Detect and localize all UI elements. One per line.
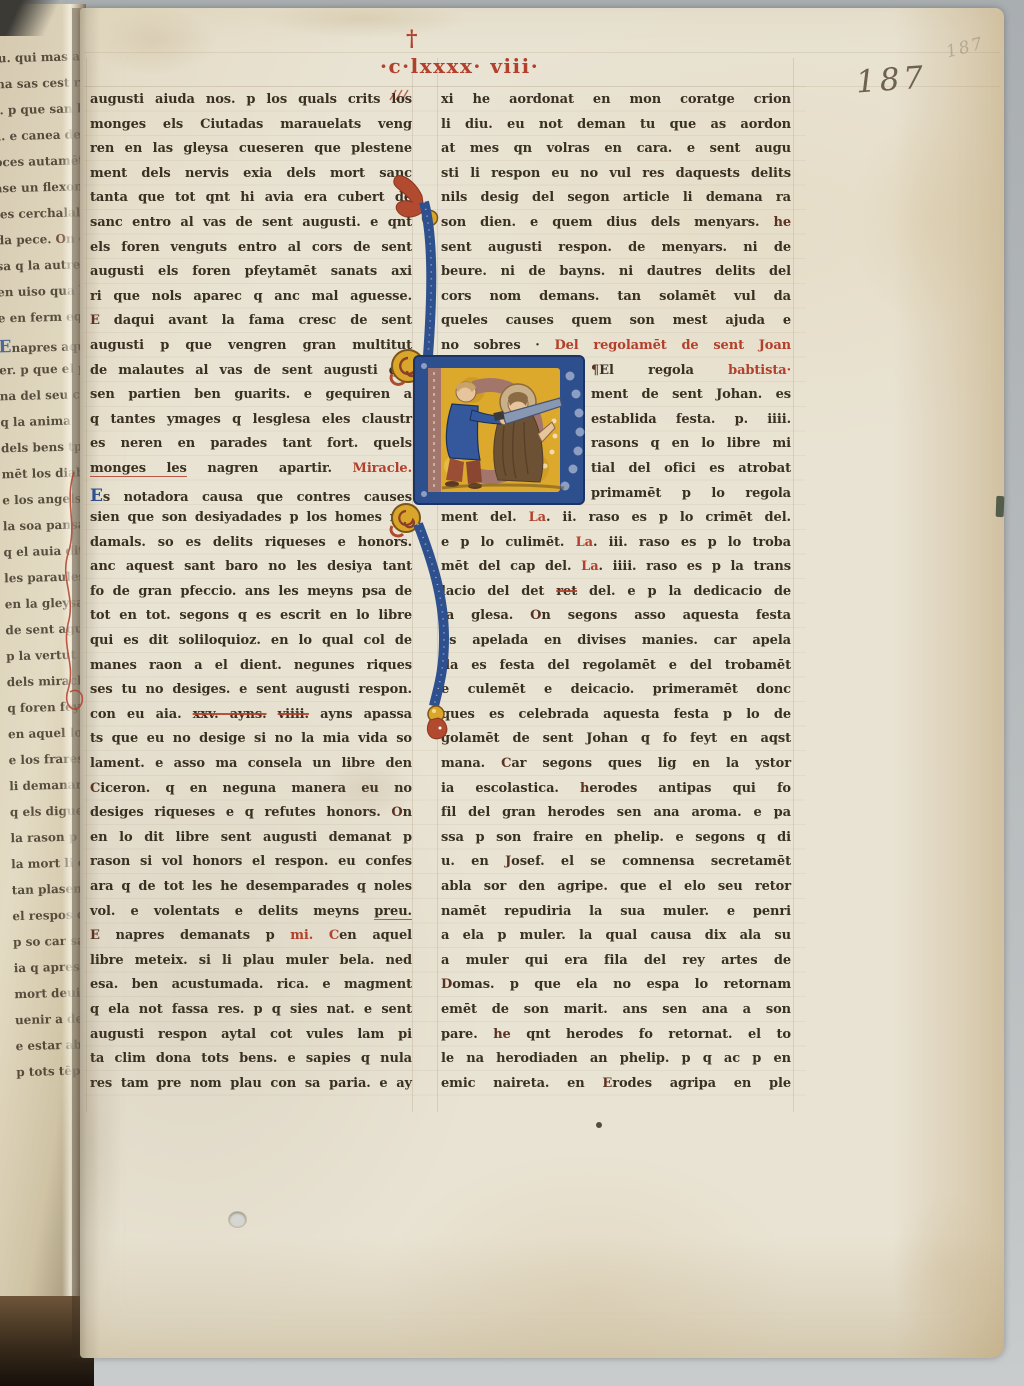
text-line: xi he aordonat en mon coratge crion [441,92,791,117]
text-line: emic naireta. en Erodes agripa en ple [441,1076,791,1101]
red-pen-flourish [58,468,92,728]
text-line: ta clim dona tots bens. e sapies q nula [90,1051,412,1076]
text-line: Es notadora causa que contres causes [90,486,412,511]
text-line: ¶El regola babtista· [591,363,791,388]
text-line: Domas. p que ela no espa lo retornam [441,977,791,1002]
text-line: augusti respon aytal cot vules lam pi [90,1027,412,1052]
text-line: le na herodiaden an phelip. p q ac p en [441,1051,791,1076]
text-line: li diu. eu not deman tu que as aordon [441,117,791,142]
folio-number: 187 [855,60,929,101]
ruling-horizontal [84,52,1000,53]
text-line: anc aquest sant baro no les desiya tant [90,559,412,584]
text-line: a muler qui era fila del rey artes de [441,953,791,978]
text-line: qui es dit soliloquioz. en lo qual col d… [90,633,412,658]
ruling-vertical [793,58,794,1112]
text-line: augusti els foren pfeytamēt sanats axi [90,264,412,289]
stain [890,1190,1000,1340]
stain [88,6,218,76]
text-line: establida festa. p. iiii. [591,412,791,437]
text-line: tot en tot. segons q es escrit en lo lib… [90,608,412,633]
stain [850,110,1000,330]
text-line: monges els Ciutadas marauelats veng [90,117,412,142]
text-line: fil del gran herodes sen ana aroma. e pa [441,805,791,830]
text-line: a ela p muler. la qual causa dix ala su [441,928,791,953]
chapter-heading-rubric: ·c·lxxxx· viii· [380,54,539,78]
text-line: sien que son desiyadades p los homes mo [90,510,412,535]
text-line: fo de gran pfeccio. ans les meyns psa de [90,584,412,609]
text-line: at mes qn volras en cara. e sent augu [441,141,791,166]
text-line: rasons q en lo libre mi [591,436,791,461]
text-line: abla sor den agripe. que el elo seu reto… [441,879,791,904]
text-line: E napres demanats p mi. Cen aquel [90,928,412,953]
text-line: els foren venguts entro al cors de sent [90,240,412,265]
stain [260,0,470,38]
text-line: namēt repudiria la sua muler. e penri [441,904,791,929]
text-line: de malautes al vas de sent augusti qui [90,363,412,388]
text-line: ment dels nervis exia dels mort sanc [90,166,412,191]
text-line: q tantes ymages q lesglesa eles claustr [90,412,412,437]
text-line: ara q de tot les he desemparades q noles [90,879,412,904]
flourish-bottom-terminal [427,706,447,739]
text-line: ri que nols aparec q anc mal aguesse. [90,289,412,314]
text-line: con eu aia. xxv. ayns. viiii. ayns apass… [90,707,412,732]
ink-spot [596,1122,602,1128]
text-line: q ela not fassa res. p q sies nat. e sen… [90,1002,412,1027]
text-line: augusti aiuda nos. p los quals crits los [90,92,412,117]
text-line: tanta que tot qnt hi avia era cubert de [90,190,412,215]
text-line: esa. ben acustumada. rica. e magment [90,977,412,1002]
text-line: damals. so es delits riqueses e honors. [90,535,412,560]
stain [320,758,415,820]
text-line: emēt de son marit. ans sen ana a son [441,1002,791,1027]
text-line: ment de sent Johan. es [591,387,791,412]
text-line: primamēt p lo regola [591,486,791,511]
text-line: rason si vol honors el respon. eu confes [90,854,412,879]
text-line: E daqui avant la fama cresc de sent [90,313,412,338]
text-line: ia escolastica. herodes antipas qui fo [441,781,791,806]
text-line: en lo dit libre sent augusti demanat p [90,830,412,855]
text-line: ses tu no desiges. e sent augusti respon… [90,682,412,707]
text-line: ssa p son fraire en phelip. e segons q d… [441,830,791,855]
text-line: sen partien ben guarits. e gequiren a [90,387,412,412]
text-line: res tam pre nom plau con sa paria. e ay [90,1076,412,1101]
binding-shadow-top-left [0,0,70,36]
stain [55,980,125,1300]
text-line: mana. Car segons ques lig en la ystor [441,756,791,781]
edge-mark [996,496,1005,517]
text-line: ren en las gleysa cueseren que plestene [90,141,412,166]
text-line: monges les nagren apartir. Miracle. [90,461,412,486]
text-line: sanc entro al vas de sent augusti. e qnt [90,215,412,240]
text-line: es neren en parades tant fort. quels [90,436,412,461]
text-line: vol. e volentats e delits meyns preu. [90,904,412,929]
text-line: ts que eu no desige si no la mia vida so [90,731,412,756]
text-line: tial del ofici es atrobat [591,461,791,486]
text-line: pare. he qnt herodes fo retornat. el to [441,1027,791,1052]
illuminated-initial-D [388,168,600,740]
text-line: libre meteix. si li plau muler bela. ned [90,953,412,978]
initial-box [414,356,585,504]
manuscript-photo: ru. qui mas aprma sas cest roms. p que s… [0,0,1024,1386]
parchment-hole [229,1212,246,1227]
text-line: manes raon a el dient. negunes riques [90,658,412,683]
text-column-left: augusti aiuda nos. p los quals crits los… [90,92,412,1100]
text-line: augusti p que vengren gran multitut [90,338,412,363]
text-line: u. en Josef. el se comnensa secretamēt [441,854,791,879]
